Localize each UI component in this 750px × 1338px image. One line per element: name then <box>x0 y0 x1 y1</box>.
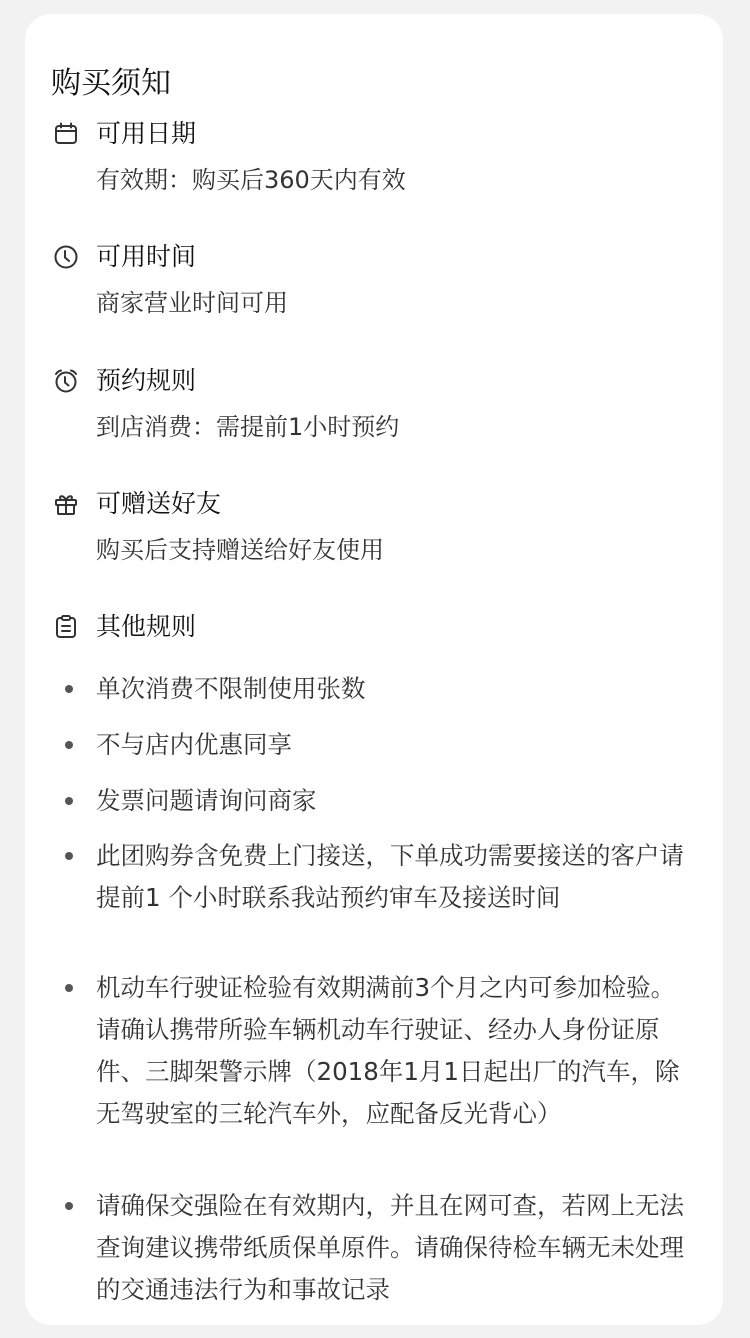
rule-text: 不与店内优惠同享 <box>96 724 696 766</box>
bullet-dot <box>65 852 73 860</box>
clipboard-icon <box>52 613 80 641</box>
section-title: 预约规则 <box>96 363 196 399</box>
clock-icon <box>52 243 80 271</box>
section-title: 可赠送好友 <box>96 486 221 522</box>
gift-icon <box>52 490 80 518</box>
purchase-notice-card: 购买须知 可用日期 有效期：购买后360天内有效 <box>25 14 723 1325</box>
rule-text: 此团购券含免费上门接送，下单成功需要接送的客户请提前1 个小时联系我站预约审车及… <box>96 835 696 919</box>
calendar-icon <box>52 120 80 148</box>
section-body: 到店消费：需提前1小时预约 <box>96 410 399 444</box>
rule-text: 发票问题请询问商家 <box>96 780 696 822</box>
bullet-dot <box>65 1202 73 1210</box>
card-title: 购买须知 <box>51 64 171 104</box>
section-title: 可用日期 <box>96 116 196 152</box>
rule-text: 请确保交强险在有效期内，并且在网可查，若网上无法查询建议携带纸质保单原件。请确保… <box>96 1185 696 1311</box>
section-body: 商家营业时间可用 <box>96 286 288 320</box>
bullet-dot <box>65 984 73 992</box>
section-title: 可用时间 <box>96 239 196 275</box>
section-body: 购买后支持赠送给好友使用 <box>96 533 384 567</box>
bullet-dot <box>65 685 73 693</box>
rule-text: 单次消费不限制使用张数 <box>96 668 696 710</box>
bullet-dot <box>65 741 73 749</box>
section-body: 有效期：购买后360天内有效 <box>96 163 406 197</box>
bullet-dot <box>65 797 73 805</box>
alarm-clock-icon <box>52 367 80 395</box>
section-title: 其他规则 <box>96 609 196 645</box>
rule-text: 机动车行驶证检验有效期满前3个月之内可参加检验。请确认携带所验车辆机动车行驶证、… <box>96 967 696 1135</box>
